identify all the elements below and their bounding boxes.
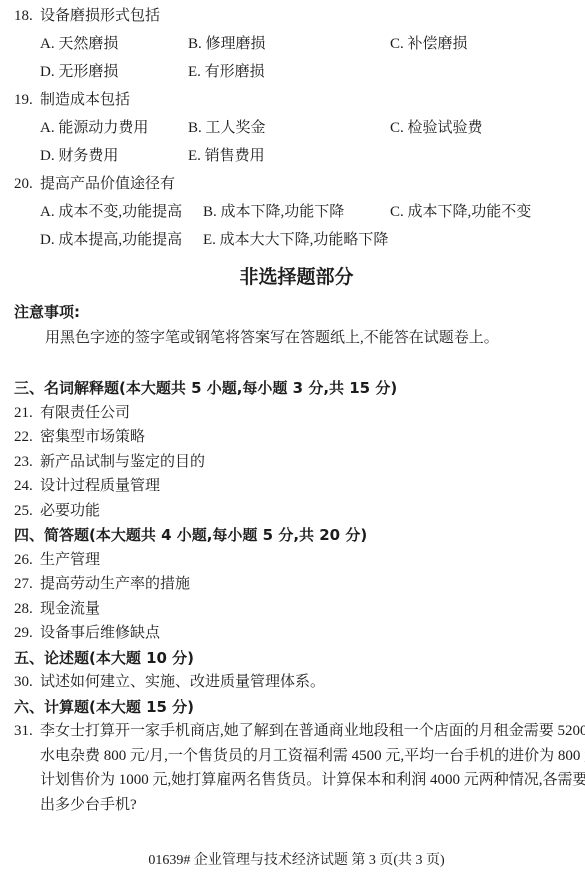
question-22: 22.密集型市场策略	[14, 425, 579, 450]
question-26: 26.生产管理	[14, 548, 579, 573]
question-28-number: 28.	[14, 597, 40, 622]
question-25-text: 必要功能	[40, 503, 100, 519]
question-30-number: 30.	[14, 670, 40, 695]
option-20-b: B. 成本下降,功能下降	[203, 198, 390, 226]
question-18: 18.设备磨损形式包括	[14, 2, 579, 30]
question-18-options-row-2: D. 无形磨损 E. 有形磨损	[40, 58, 579, 86]
question-31-line-1: 31.李女士打算开一家手机商店,她了解到在普通商业地段租一个店面的月租金需要 5…	[14, 719, 579, 744]
question-25: 25.必要功能	[14, 499, 579, 524]
question-21: 21.有限责任公司	[14, 401, 579, 426]
option-19-e: E. 销售费用	[188, 142, 390, 170]
question-31-text-1: 李女士打算开一家手机商店,她了解到在普通商业地段租一个店面的月租金需要 5200…	[40, 723, 585, 739]
question-27-number: 27.	[14, 572, 40, 597]
multiple-choice-section: 18.设备磨损形式包括 A. 天然磨损 B. 修理磨损 C. 补偿磨损 D. 无…	[14, 2, 579, 254]
question-19: 19.制造成本包括	[14, 86, 579, 114]
question-24-text: 设计过程质量管理	[40, 478, 160, 494]
notice-label: 注意事项:	[14, 299, 579, 325]
question-31-line-4: 出多少台手机?	[40, 793, 579, 818]
option-20-a: A. 成本不变,功能提高	[40, 198, 203, 226]
question-28: 28.现金流量	[14, 597, 579, 622]
question-19-stem: 制造成本包括	[40, 92, 130, 108]
question-21-number: 21.	[14, 401, 40, 426]
question-20-options-row-1: A. 成本不变,功能提高 B. 成本下降,功能下降 C. 成本下降,功能不变	[40, 198, 579, 226]
question-26-text: 生产管理	[40, 552, 100, 568]
section-4-heading: 四、简答题(本大题共 4 小题,每小题 5 分,共 20 分)	[14, 523, 579, 548]
section-3-heading: 三、名词解释题(本大题共 5 小题,每小题 3 分,共 15 分)	[14, 376, 579, 401]
question-24: 24.设计过程质量管理	[14, 474, 579, 499]
option-18-c: C. 补偿磨损	[390, 30, 579, 58]
section-6-heading: 六、计算题(本大题 15 分)	[14, 695, 579, 720]
question-22-number: 22.	[14, 425, 40, 450]
question-20: 20.提高产品价值途径有	[14, 170, 579, 198]
option-20-d: D. 成本提高,功能提高	[40, 226, 203, 254]
question-30: 30.试述如何建立、实施、改进质量管理体系。	[14, 670, 579, 695]
question-31-line-3: 计划售价为 1000 元,她打算雇两名售货员。计算保本和利润 4000 元两种情…	[40, 768, 579, 793]
question-27-text: 提高劳动生产率的措施	[40, 576, 190, 592]
question-23: 23.新产品试制与鉴定的目的	[14, 450, 579, 475]
option-19-d: D. 财务费用	[40, 142, 188, 170]
question-20-stem: 提高产品价值途径有	[40, 176, 175, 192]
question-29: 29.设备事后维修缺点	[14, 621, 579, 646]
question-22-text: 密集型市场策略	[40, 429, 145, 445]
page-footer: 01639# 企业管理与技术经济试题 第 3 页(共 3 页)	[14, 848, 579, 874]
question-18-options-row-1: A. 天然磨损 B. 修理磨损 C. 补偿磨损	[40, 30, 579, 58]
question-31-number: 31.	[14, 719, 40, 744]
question-25-number: 25.	[14, 499, 40, 524]
exam-page: 18.设备磨损形式包括 A. 天然磨损 B. 修理磨损 C. 补偿磨损 D. 无…	[0, 0, 585, 885]
section-5-heading: 五、论述题(本大题 10 分)	[14, 646, 579, 671]
question-29-text: 设备事后维修缺点	[40, 625, 160, 641]
question-20-number: 20.	[14, 170, 40, 198]
question-23-text: 新产品试制与鉴定的目的	[40, 454, 205, 470]
option-19-a: A. 能源动力费用	[40, 114, 188, 142]
question-19-options-row-1: A. 能源动力费用 B. 工人奖金 C. 检验试验费	[40, 114, 579, 142]
option-20-c: C. 成本下降,功能不变	[390, 198, 579, 226]
question-18-number: 18.	[14, 2, 40, 30]
notice-text: 用黑色字迹的签字笔或钢笔将答案写在答题纸上,不能答在试题卷上。	[45, 325, 579, 351]
question-31-line-2: 水电杂费 800 元/月,一个售货员的月工资福利需 4500 元,平均一台手机的…	[40, 744, 579, 769]
question-21-text: 有限责任公司	[40, 405, 130, 421]
option-19-b: B. 工人奖金	[188, 114, 390, 142]
option-19-c: C. 检验试验费	[390, 114, 579, 142]
option-18-a: A. 天然磨损	[40, 30, 188, 58]
question-26-number: 26.	[14, 548, 40, 573]
question-27: 27.提高劳动生产率的措施	[14, 572, 579, 597]
option-18-b: B. 修理磨损	[188, 30, 390, 58]
option-20-e: E. 成本大大下降,功能略下降	[203, 226, 390, 254]
part-title: 非选择题部分	[14, 264, 579, 290]
question-20-options-row-2: D. 成本提高,功能提高 E. 成本大大下降,功能略下降	[40, 226, 579, 254]
question-30-text: 试述如何建立、实施、改进质量管理体系。	[40, 674, 325, 690]
question-19-options-row-2: D. 财务费用 E. 销售费用	[40, 142, 579, 170]
question-18-stem: 设备磨损形式包括	[40, 8, 160, 24]
option-18-d: D. 无形磨损	[40, 58, 188, 86]
question-19-number: 19.	[14, 86, 40, 114]
option-18-e: E. 有形磨损	[188, 58, 390, 86]
question-28-text: 现金流量	[40, 601, 100, 617]
question-23-number: 23.	[14, 450, 40, 475]
question-29-number: 29.	[14, 621, 40, 646]
question-24-number: 24.	[14, 474, 40, 499]
